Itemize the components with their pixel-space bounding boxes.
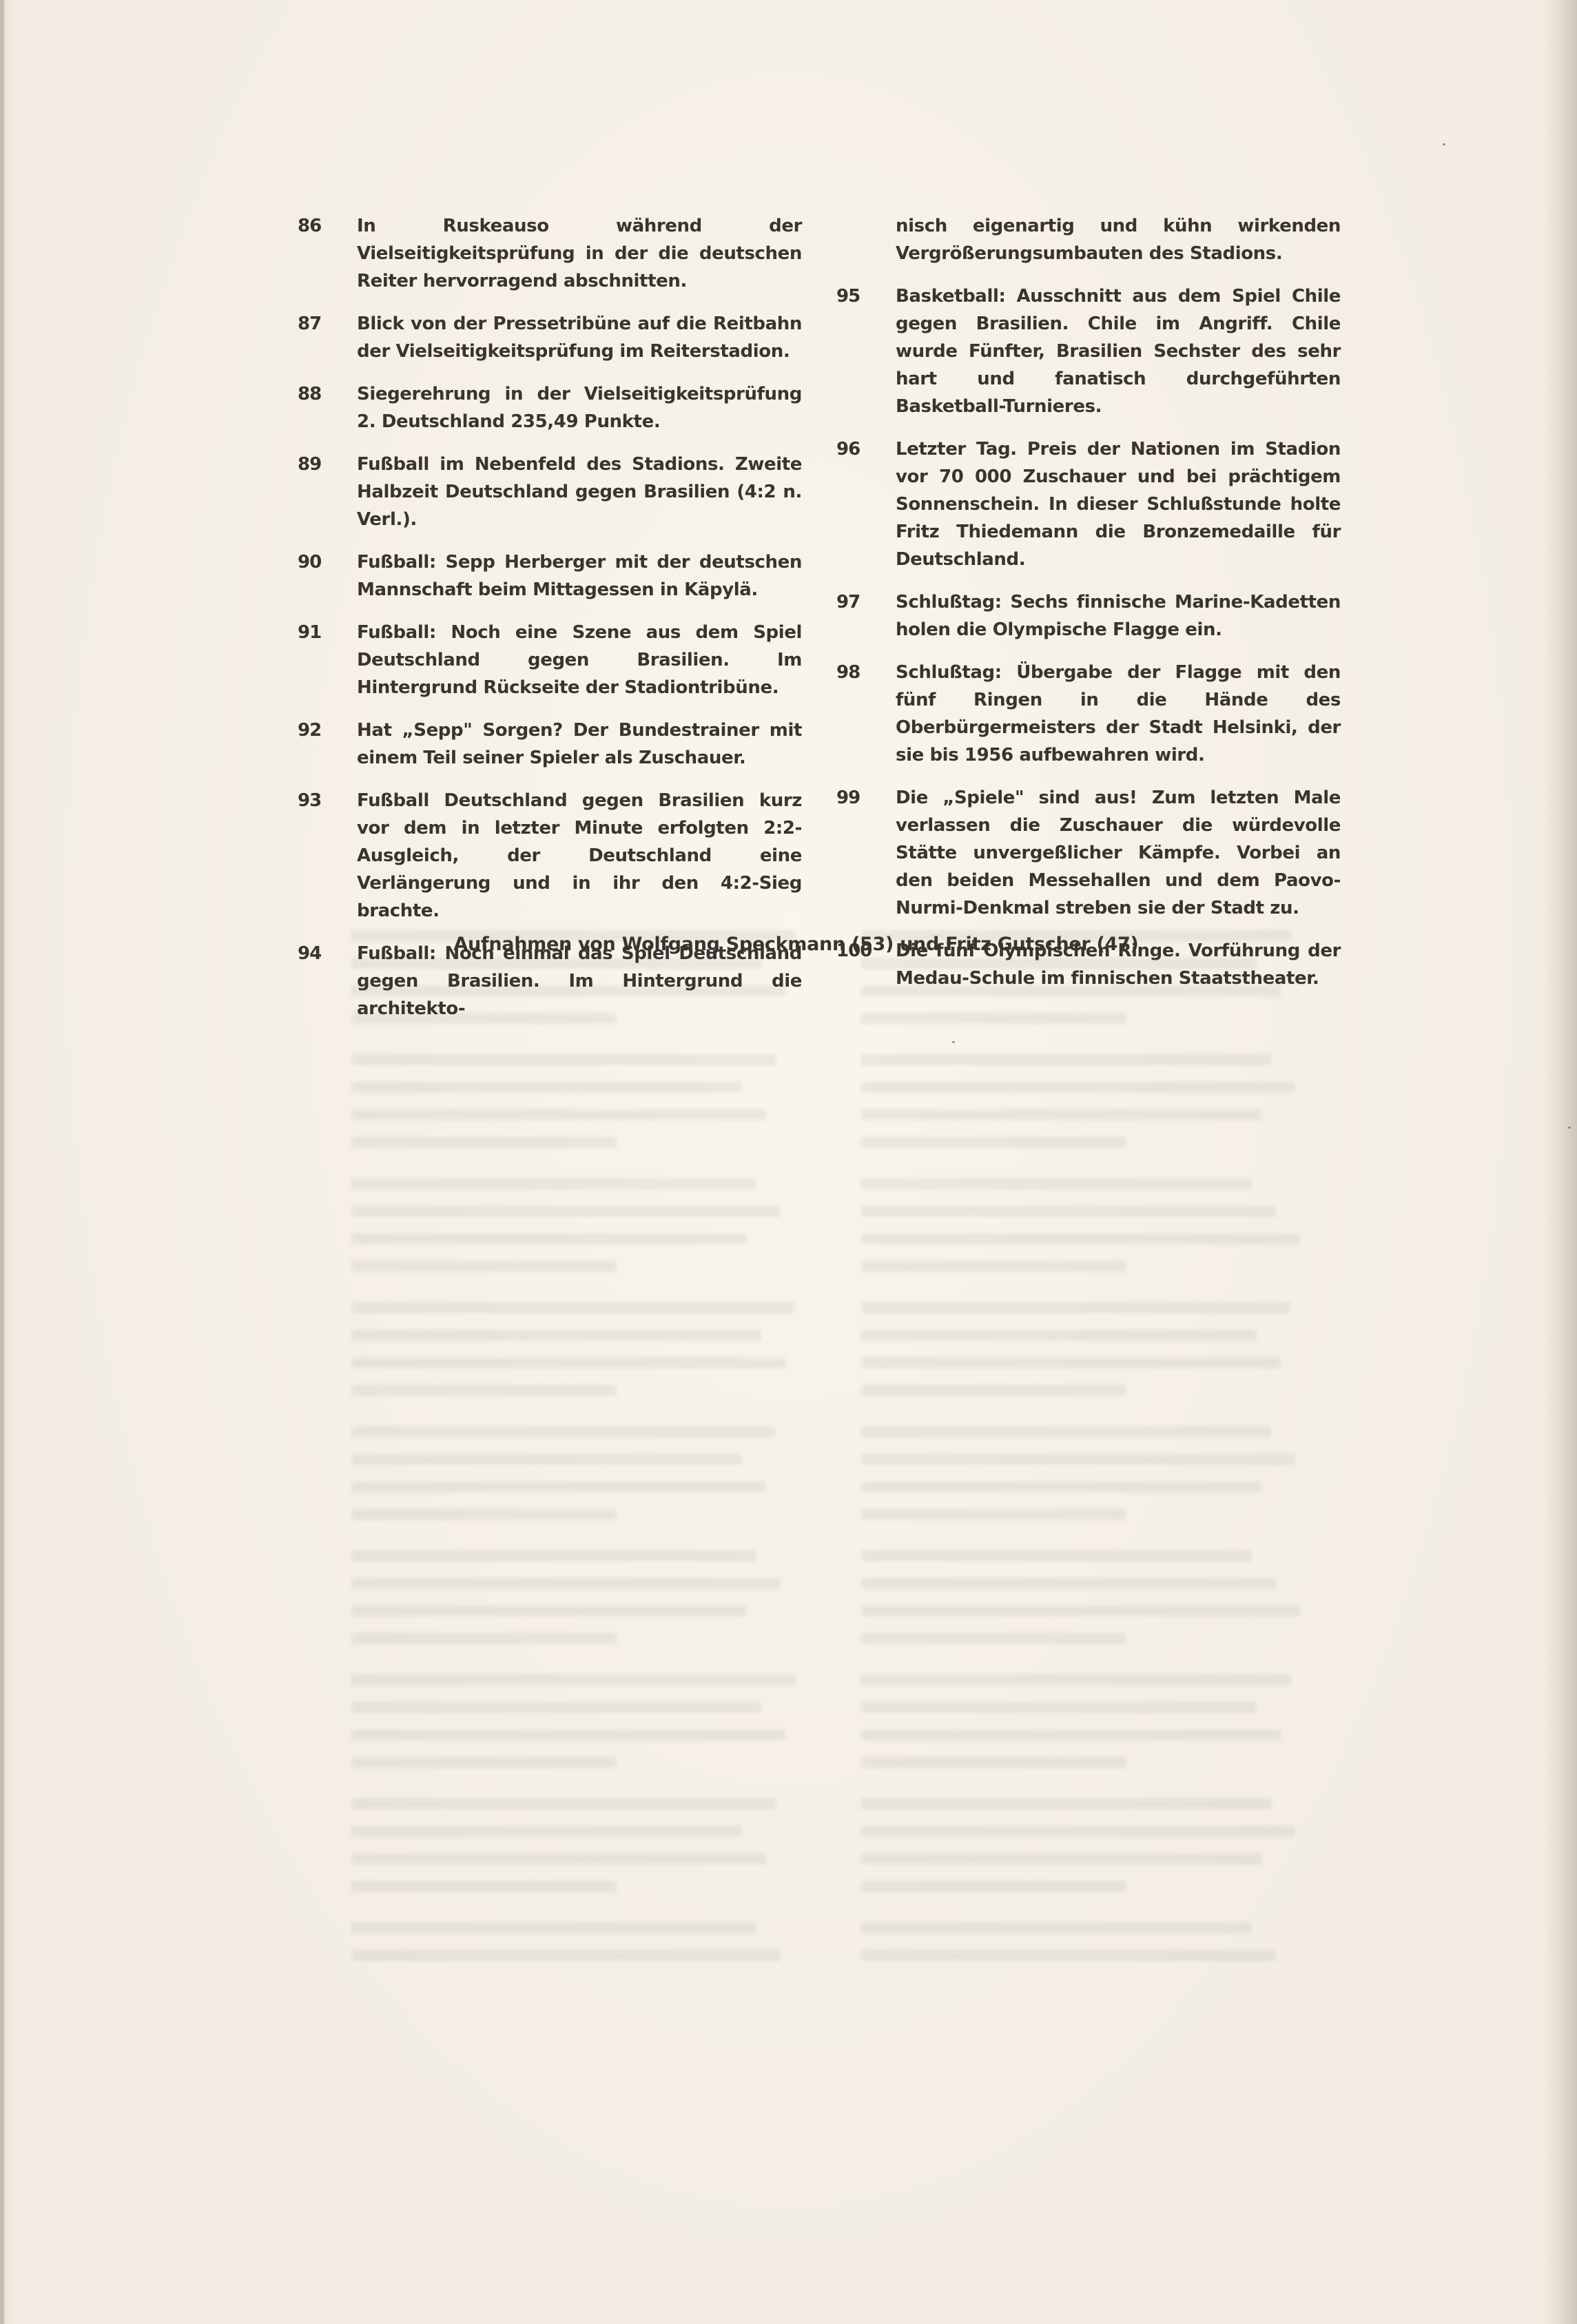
caption-entry: 89Fußball im Nebenfeld des Stadions. Zwe…	[298, 451, 802, 533]
caption-number: 87	[298, 310, 357, 365]
caption-entry: 97Schlußtag: Sechs finnische Marine-Kade…	[836, 588, 1341, 644]
paper-speck	[952, 1041, 955, 1043]
caption-number: 96	[836, 435, 896, 573]
caption-number: 91	[298, 619, 357, 701]
caption-entry: 98Schlußtag: Übergabe der Flagge mit den…	[836, 659, 1341, 769]
caption-text: Hat „Sepp" Sorgen? Der Bundestrainer mit…	[357, 717, 802, 772]
paper-speck	[1443, 143, 1445, 145]
caption-text: Blick von der Pressetribüne auf die Reit…	[357, 310, 802, 365]
caption-entry: 91Fußball: Noch eine Szene aus dem Spiel…	[298, 619, 802, 701]
caption-number: 99	[836, 784, 896, 922]
caption-text: Basketball: Ausschnitt aus dem Spiel Chi…	[896, 282, 1341, 420]
left-column: 86In Ruskeauso während der Vielseitigkei…	[298, 212, 802, 1038]
caption-entry: 93Fußball Deutschland gegen Brasilien ku…	[298, 787, 802, 925]
caption-columns: 86In Ruskeauso während der Vielseitigkei…	[298, 212, 1341, 1038]
caption-text: In Ruskeauso während der Vielseitigkeits…	[357, 212, 802, 295]
paper-speck	[1568, 1127, 1571, 1129]
caption-number: 90	[298, 548, 357, 604]
caption-number: 97	[836, 588, 896, 644]
caption-number: 98	[836, 659, 896, 769]
caption-entry: 87Blick von der Pressetribüne auf die Re…	[298, 310, 802, 365]
caption-entry: 95Basketball: Ausschnitt aus dem Spiel C…	[836, 282, 1341, 420]
caption-text: Fußball: Sepp Herberger mit der deutsche…	[357, 548, 802, 604]
caption-text: Fußball: Noch eine Szene aus dem Spiel D…	[357, 619, 802, 701]
page-edge	[0, 0, 4, 2324]
caption-entry: 92Hat „Sepp" Sorgen? Der Bundestrainer m…	[298, 717, 802, 772]
caption-entry: 90Fußball: Sepp Herberger mit der deutsc…	[298, 548, 802, 604]
caption-text: Die „Spiele" sind aus! Zum letzten Male …	[896, 784, 1341, 922]
caption-continuation: nisch eigenartig und kühn wirkenden Verg…	[896, 212, 1341, 267]
caption-number: 93	[298, 787, 357, 925]
caption-entry: 99Die „Spiele" sind aus! Zum letzten Mal…	[836, 784, 1341, 922]
caption-text: Fußball im Nebenfeld des Stadions. Zweit…	[357, 451, 802, 533]
caption-number: 95	[836, 282, 896, 420]
caption-number: 86	[298, 212, 357, 295]
caption-entry: 96Letzter Tag. Preis der Nationen im Sta…	[836, 435, 1341, 573]
caption-number: 92	[298, 717, 357, 772]
caption-text: Fußball Deutschland gegen Brasilien kurz…	[357, 787, 802, 925]
right-column: nisch eigenartig und kühn wirkenden Verg…	[836, 212, 1341, 1038]
caption-number: 89	[298, 451, 357, 533]
caption-entry: 86In Ruskeauso während der Vielseitigkei…	[298, 212, 802, 295]
photo-credit: Aufnahmen von Wolfgang Speckmann (53) un…	[0, 934, 1577, 955]
caption-text: Letzter Tag. Preis der Nationen im Stadi…	[896, 435, 1341, 573]
caption-text: Schlußtag: Übergabe der Flagge mit den f…	[896, 659, 1341, 769]
caption-text: Schlußtag: Sechs finnische Marine-Kadett…	[896, 588, 1341, 644]
caption-entry: 88Siegerehrung in der Vielseitigkeitsprü…	[298, 380, 802, 435]
caption-text: Siegerehrung in der Vielseitigkeitsprüfu…	[357, 380, 802, 435]
caption-number: 88	[298, 380, 357, 435]
